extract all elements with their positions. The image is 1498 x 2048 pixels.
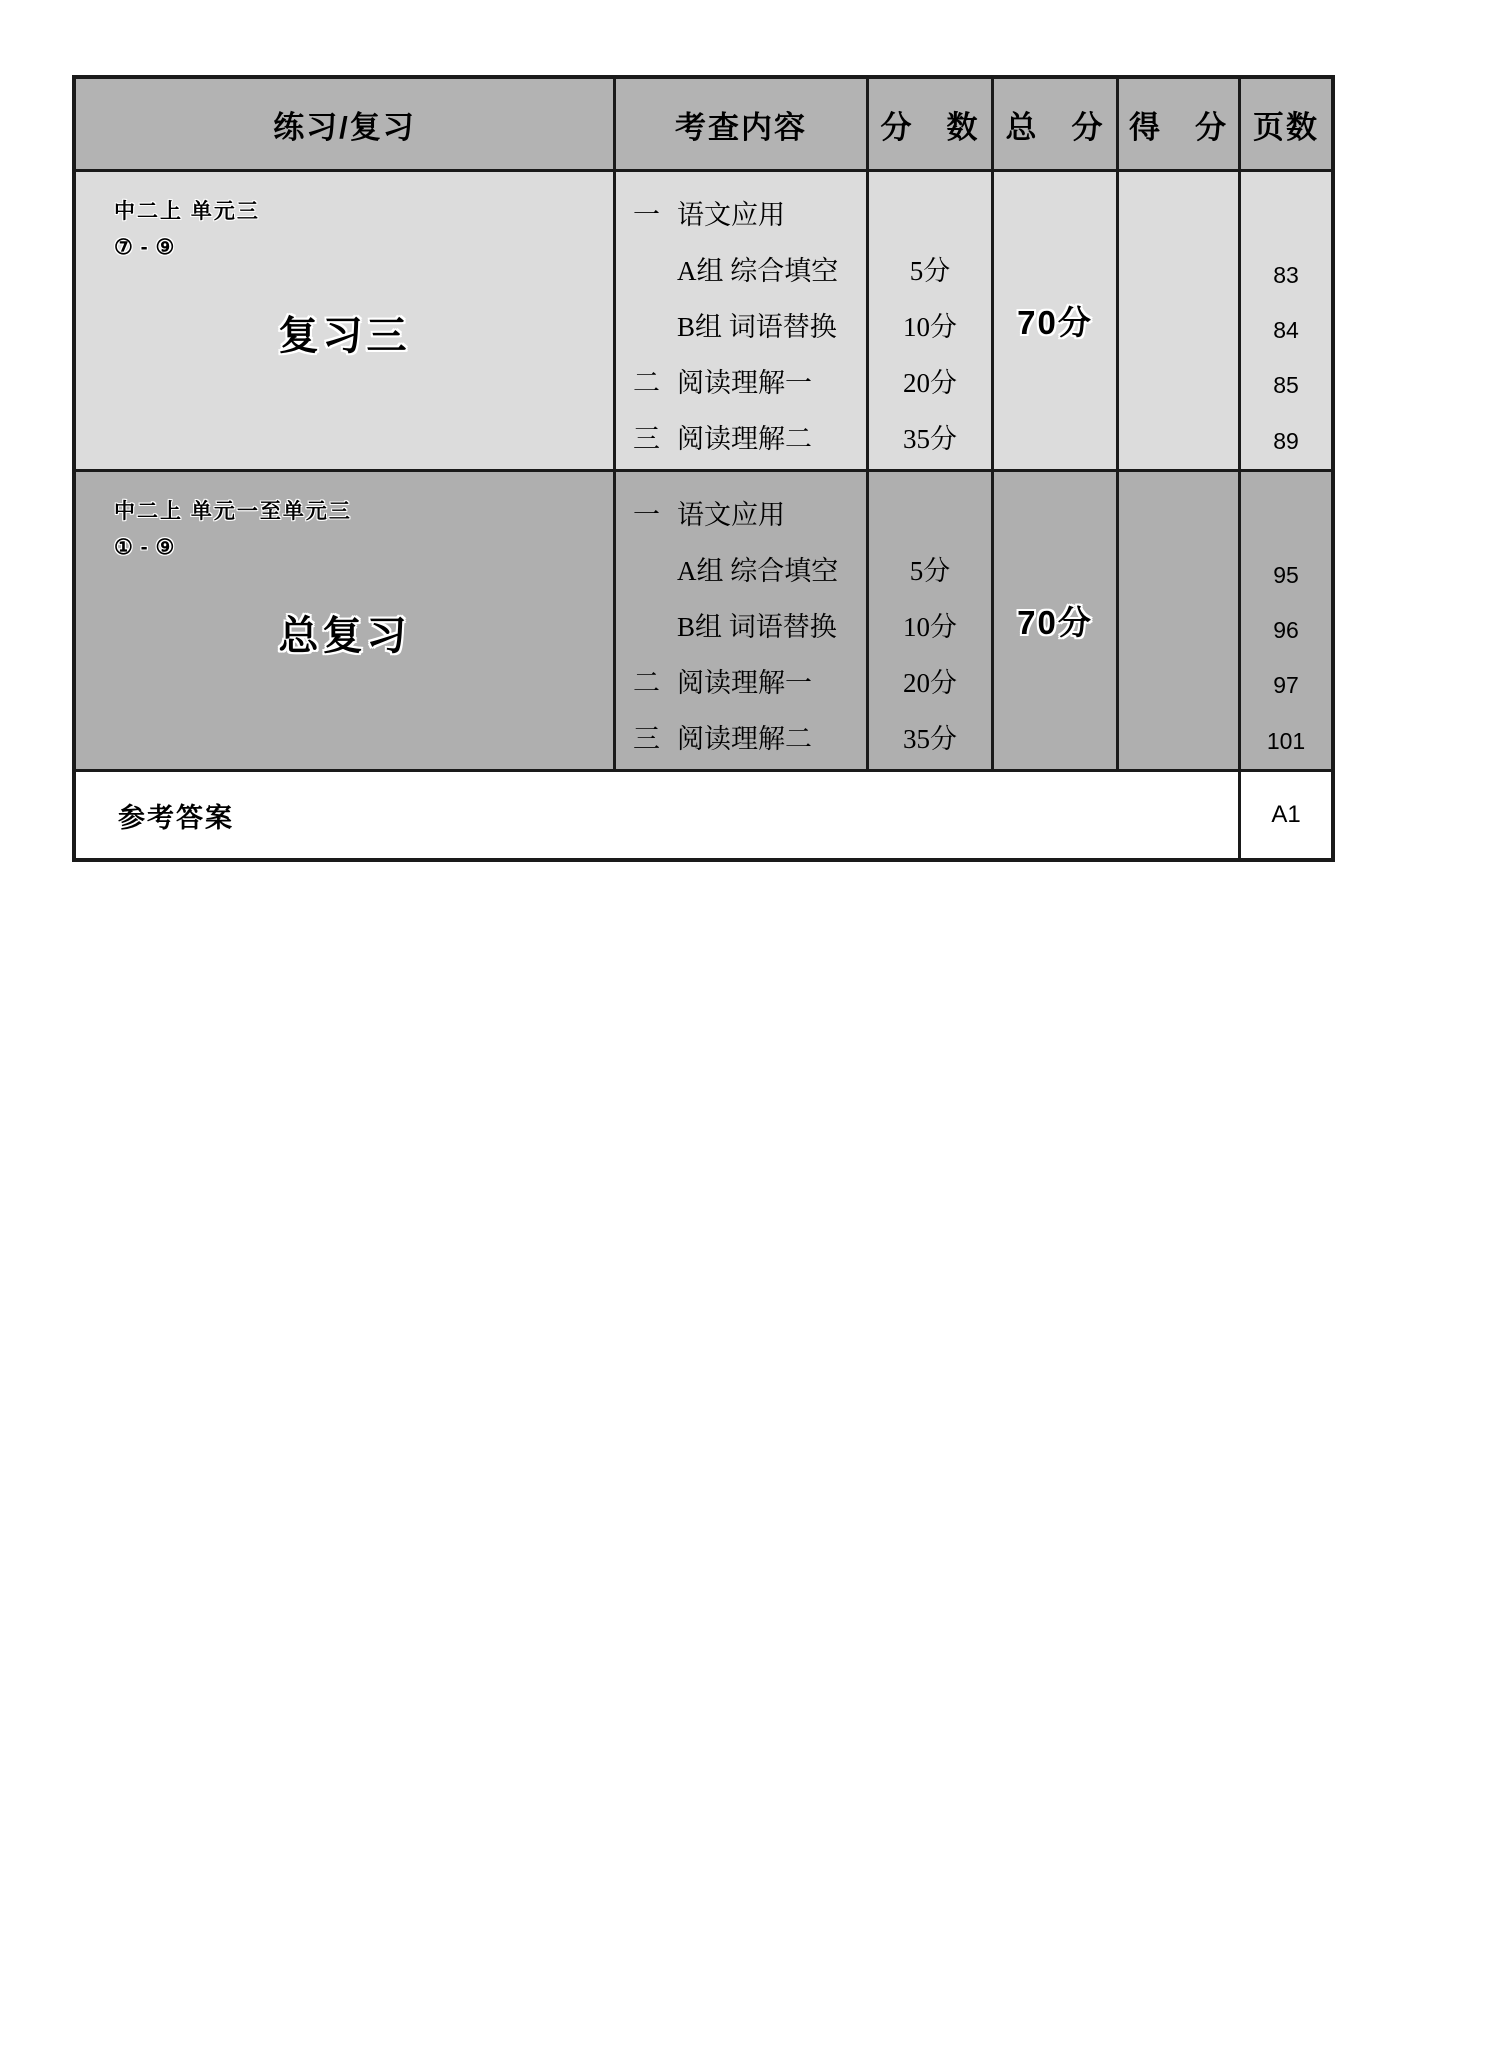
score-value: 5分 [869,240,991,296]
answer-key-label: 参考答案 [76,772,1241,858]
score-value [869,184,991,240]
item-label: 阅读理解二 [677,717,812,756]
row2-total-value: 70分 [1017,597,1093,644]
score-table: 练习/复习 考查内容 分 数 总 分 得 分 页数 中二上 单元三 ⑦ - ⑨ … [72,75,1335,862]
item-label: 语文应用 [677,493,785,532]
row1-content-cell: 一 语文应用 A组 综合填空 B组 词语替换 二 阅读理解一 三 阅读理解二 [616,172,869,472]
page-number: 89 [1241,414,1331,469]
content-line: 一 语文应用 [616,484,866,540]
score-value: 20分 [869,652,991,708]
item-label: 阅读理解一 [677,361,812,400]
page-number: 97 [1241,658,1331,713]
row1-pages-cell: 83 84 85 89 [1241,172,1331,472]
row1-score-cell: 5分 10分 20分 35分 [869,172,994,472]
row2-score-cell: 5分 10分 20分 35分 [869,472,994,772]
answer-key-page: A1 [1241,772,1331,858]
content-line: 三 阅读理解二 [616,408,866,464]
item-label: A组 综合填空 [677,549,838,588]
page-number: 101 [1241,714,1331,769]
header-page-number-label: 页数 [1253,102,1319,147]
item-label: B组 词语替换 [677,605,837,644]
item-label: 语文应用 [677,193,785,232]
header-obtained-score: 得 分 [1119,79,1241,172]
page-number [1241,492,1331,547]
row1-practice-cell: 中二上 单元三 ⑦ - ⑨ 复习三 [76,172,616,472]
row2-title: 总复习 [76,604,613,661]
content-line: 二 阅读理解一 [616,652,866,708]
row2-content-cell: 一 语文应用 A组 综合填空 B组 词语替换 二 阅读理解一 三 阅读理解二 [616,472,869,772]
score-value [869,484,991,540]
score-value: 10分 [869,596,991,652]
content-line: 二 阅读理解一 [616,352,866,408]
row1-obtained-cell [1119,172,1241,472]
page-number [1241,192,1331,247]
item-marker: 三 [633,717,677,756]
content-line: A组 综合填空 [616,540,866,596]
page-number: 95 [1241,547,1331,602]
page-number: 83 [1241,247,1331,302]
row2-exercise-range: ① - ⑨ [76,534,613,562]
row1-title: 复习三 [76,304,613,361]
row1-exercise-range: ⑦ - ⑨ [76,234,613,262]
content-line: 三 阅读理解二 [616,708,866,764]
row1-total-cell: 70分 [994,172,1119,472]
item-label: B组 词语替换 [677,305,837,344]
item-marker: 一 [633,493,677,532]
score-value: 20分 [869,352,991,408]
row2-obtained-cell [1119,472,1241,772]
score-value: 10分 [869,296,991,352]
page-number: 85 [1241,358,1331,413]
score-value: 5分 [869,540,991,596]
header-score: 分 数 [869,79,994,172]
page-number: 96 [1241,603,1331,658]
content-line: B组 词语替换 [616,596,866,652]
row2-pages-cell: 95 96 97 101 [1241,472,1331,772]
page-number: 84 [1241,303,1331,358]
row2-practice-cell: 中二上 单元一至单元三 ① - ⑨ 总复习 [76,472,616,772]
row1-unit: 中二上 单元三 [76,198,613,226]
header-practice-review: 练习/复习 [76,79,616,172]
item-label: 阅读理解二 [677,417,812,456]
content-line: A组 综合填空 [616,240,866,296]
content-line: 一 语文应用 [616,184,866,240]
score-value: 35分 [869,708,991,764]
item-marker: 三 [633,417,677,456]
item-marker: 二 [633,361,677,400]
item-marker: 二 [633,661,677,700]
header-total-score: 总 分 [994,79,1119,172]
row2-total-cell: 70分 [994,472,1119,772]
item-label: A组 综合填空 [677,249,838,288]
row1-total-value: 70分 [1017,297,1093,344]
score-value: 35分 [869,408,991,464]
header-exam-content: 考查内容 [616,79,869,172]
header-page-number: 页数 [1241,79,1331,172]
item-marker: 一 [633,193,677,232]
content-line: B组 词语替换 [616,296,866,352]
row2-unit: 中二上 单元一至单元三 [76,498,613,526]
item-label: 阅读理解一 [677,661,812,700]
